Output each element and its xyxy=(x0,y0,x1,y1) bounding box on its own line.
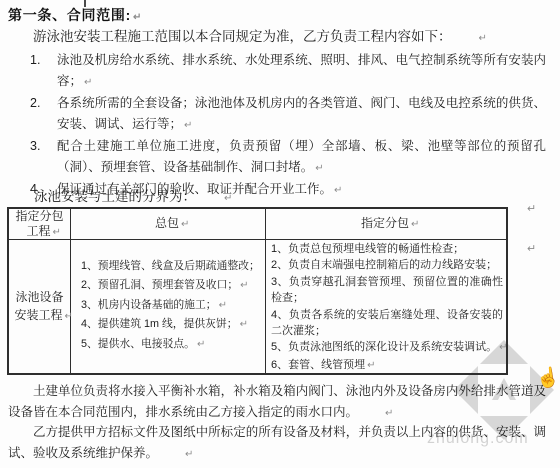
scope-table: 指定分包工程↵ 总包↵ 指定分包↵ 泳池设备安装工程↵ 1、预埋线管、线盒及后期… xyxy=(7,207,508,375)
task-text: 3、机房内设备基础的施工； xyxy=(81,299,217,311)
boundary-text: 泳池安装与土建的分界为： xyxy=(34,189,196,204)
general-contractor-tasks-cell: 1、预埋线管、线盒及后期疏通整改； 2、预留孔洞、预埋套管及收口；↵ 3、机房内… xyxy=(71,240,266,374)
task-text: 1、负责总包预埋电线管的畅通性检查； xyxy=(271,243,464,255)
closing-text: 乙方提供甲方招标文件及图纸中所标定的所有设备及材料，并负责以上内容的供货、安装、… xyxy=(8,425,546,460)
task-item: 1、负责总包预埋电线管的畅通性检查； xyxy=(271,241,503,257)
closing-text: 土建单位负责将水接入平衡补水箱，补水箱及箱内阀门、泳池内外及设备房内外给排水管道… xyxy=(8,384,546,419)
paragraph-mark-icon: ↵ xyxy=(217,297,219,316)
scope-item-2: 2. 各系统所需的全套设备；泳池池体及机房内的各类管道、阀门、电线及电控系统的供… xyxy=(8,93,548,136)
task-item: 6、套管、线管预埋↵ xyxy=(271,357,503,374)
closing-paragraph-2: 乙方提供甲方招标文件及图纸中所标定的所有设备及材料，并负责以上内容的供货、安装、… xyxy=(8,422,546,465)
page-title: 第一条、合同范围:↵ xyxy=(8,5,548,28)
intro-text: 游泳池安装工程施工范围以本合同规定为准，乙方负责工程内容如下： xyxy=(33,29,452,44)
item-text-content: 配合土建施工单位施工进度，负责预留（埋）全部墙、板、梁、池壁等部位的预留孔（洞）… xyxy=(57,139,546,174)
task-item: 5、负责泳池图纸的深化设计及系统安装调试。↵ xyxy=(271,339,503,356)
header-label: 指定分包 xyxy=(361,216,409,230)
header-label: 总包 xyxy=(155,216,179,230)
paragraph-mark-icon: ↵ xyxy=(497,340,499,356)
paragraph-mark-icon: ↵ xyxy=(238,316,240,335)
scope-item-3: 3. 配合土建施工单位施工进度，负责预留（埋）全部墙、板、梁、池壁等部位的预留孔… xyxy=(8,136,548,179)
scope-item-1: 1. 泳池及机房给水系统、排水系统、水处理系统、照明、排风、电气控制系统等所有安… xyxy=(8,50,548,93)
header-text: 指定分包↵ xyxy=(361,216,411,232)
header-cell-designated-subcontractor: 指定分包↵ xyxy=(266,209,506,240)
task-text: 1、预埋线管、线盒及后期疏通整改； xyxy=(81,260,260,272)
page-title-text: 第一条、合同范围: xyxy=(8,7,131,23)
task-item: 5、提供水、电接驳点。↵ xyxy=(81,335,265,355)
paragraph-mark-icon: ↵ xyxy=(365,358,367,374)
row-label: 泳池设备安装工程 xyxy=(14,290,63,322)
item-number: 1. xyxy=(30,50,57,93)
item-text: 泳池及机房给水系统、排水系统、水处理系统、照明、排风、电气控制系统等所有安装内容… xyxy=(57,50,546,93)
header-text: 总包↵ xyxy=(155,216,181,232)
task-text: 4、负责各系统的安装后塞缝处理、设备安装的二次灌浆； xyxy=(271,309,503,337)
task-text: 2、负责自末端强电控制箱后的动力线路安装； xyxy=(271,259,497,271)
paragraph-mark-icon: ↵ xyxy=(182,116,184,137)
row-label-cell: 泳池设备安装工程↵ xyxy=(9,240,71,374)
item-text: 各系统所需的全套设备；泳池池体及机房内的各类管道、阀门、电线及电控系统的供货、安… xyxy=(57,93,546,136)
task-item: 1、预埋线管、线盒及后期疏通整改； xyxy=(81,257,265,276)
paragraph-mark-icon: ↵ xyxy=(313,159,315,180)
paragraph-mark-icon: ↵ xyxy=(195,336,197,355)
item-text-content: 各系统所需的全套设备；泳池池体及机房内的各类管道、阀门、电线及电控系统的供货、安… xyxy=(57,96,546,131)
task-item: 3、机房内设备基础的施工；↵ xyxy=(81,296,265,316)
scope-list: 1. 泳池及机房给水系统、排水系统、水处理系统、照明、排风、电气控制系统等所有安… xyxy=(8,50,548,202)
paragraph-mark-icon: ↵ xyxy=(63,308,65,326)
paragraph-mark-icon: ↵ xyxy=(131,8,133,28)
intro-paragraph: 游泳池安装工程施工范围以本合同规定为准，乙方负责工程内容如下：↵ xyxy=(8,27,546,50)
item-number: 2. xyxy=(30,93,57,136)
paragraph-mark-icon: ↵ xyxy=(358,404,360,425)
task-text: 5、负责泳池图纸的深化设计及系统安装调试。 xyxy=(271,341,497,353)
paragraph-mark-icon: ↵ xyxy=(452,29,454,50)
task-item: 2、负责自末端强电控制箱后的动力线路安装； xyxy=(271,257,503,273)
task-text: 6、套管、线管预埋 xyxy=(271,359,365,371)
item-number: 3. xyxy=(30,136,57,179)
paragraph-mark-icon: ↵ xyxy=(238,277,240,296)
task-text: 2、预留孔洞、预埋套管及收口； xyxy=(81,279,238,291)
header-cell-subcontract-project: 指定分包工程↵ xyxy=(9,209,71,240)
item-text-content: 泳池及机房给水系统、排水系统、水处理系统、照明、排风、电气控制系统等所有安装内容… xyxy=(57,53,546,88)
task-text: 3、负责穿越孔洞套管预埋、预留位置的准确性检查； xyxy=(271,276,503,304)
hand-cursor-icon: ☝ xyxy=(534,364,560,391)
task-item: 4、提供建筑 1m 线，提供灰饼；↵ xyxy=(81,315,265,335)
header-text: 指定分包工程↵ xyxy=(13,209,66,240)
task-text: 4、提供建筑 1m 线，提供灰饼； xyxy=(81,318,238,330)
table-row-end-mark: ↵ xyxy=(527,202,536,215)
row-label-text: 泳池设备安装工程↵ xyxy=(13,288,66,326)
paragraph-mark-icon: ↵ xyxy=(409,217,411,232)
task-text: 5、提供水、电接驳点。 xyxy=(81,338,195,350)
designated-subcontractor-tasks-cell: 1、负责总包预埋电线管的畅通性检查； 2、负责自末端强电控制箱后的动力线路安装；… xyxy=(266,240,506,374)
task-item: 3、负责穿越孔洞套管预埋、预留位置的准确性检查； xyxy=(271,274,503,307)
paragraph-mark-icon: ↵ xyxy=(158,445,160,466)
paragraph-mark-icon: ↵ xyxy=(179,217,181,232)
paragraph-mark-icon: ↵ xyxy=(82,73,84,94)
header-cell-general-contractor: 总包↵ xyxy=(71,209,266,240)
task-item: 4、负责各系统的安装后塞缝处理、设备安装的二次灌浆； xyxy=(271,307,503,340)
paragraph-mark-icon: ↵ xyxy=(51,225,53,240)
task-item: 2、预留孔洞、预埋套管及收口；↵ xyxy=(81,276,265,296)
document-page: zhulong.com 第一条、合同范围:↵ 游泳池安装工程施工范围以本合同规定… xyxy=(0,0,560,468)
closing-paragraph-1: 土建单位负责将水接入平衡补水箱，补水箱及箱内阀门、泳池内外及设备房内外给排水管道… xyxy=(8,381,546,424)
table-row-end-mark: ↵ xyxy=(527,242,536,255)
item-text: 配合土建施工单位施工进度，负责预留（埋）全部墙、板、梁、池壁等部位的预留孔（洞）… xyxy=(57,136,546,179)
